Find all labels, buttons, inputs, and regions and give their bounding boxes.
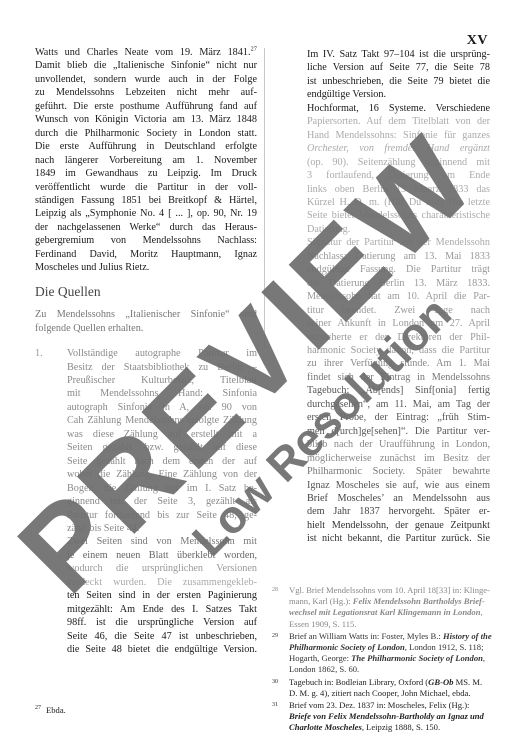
text-line: endgültige Fassung. Die Partitur trägt [307, 263, 490, 276]
footnote-text: Tagebuch in: Bodleian Library, Oxford ( [289, 677, 428, 687]
text-line: Moscheles und Julius Rietz. [35, 261, 257, 274]
text-line: mitgezählt: Am Ende des I. Satzes Takt [67, 603, 257, 616]
text-line: Die erste Aufführung in Deutschland erfo… [35, 140, 257, 153]
text-line: Ignaz Moscheles sie auf, wie aus einem [307, 479, 490, 492]
text-line: autograph Sinfonia in A, op. 90 von [67, 401, 257, 414]
text-line: verdeckt wurden. Die zusammengekleb- [67, 576, 257, 589]
text-line: links oben Berlin 13 Maerz 1833 das [307, 183, 490, 196]
text-line: was diese Zählung auf erstellt mit a [67, 428, 257, 441]
text-line: ist nicht bekannt, die Partitur zurück. … [307, 532, 490, 545]
text-line: durch die Philharmonic Society in London… [35, 127, 257, 140]
text-line: Orchester, von fremder Hand ergänzt [307, 142, 490, 155]
footnote-31: 31 Brief vom 23. Dez. 1837 in: Moscheles… [270, 700, 492, 734]
text-line: Brief Moscheles’ an Mendelssohn aus [307, 492, 490, 505]
text-line: Seiten gezählt, bzw. gezählt auf diese [67, 441, 257, 454]
footnote-number: 30 [272, 677, 278, 688]
text-line: harmonic Society davon, dass die Partitu… [307, 344, 490, 357]
column-divider [264, 48, 265, 348]
text-line: Nachlass: Datierung am 13. Mai 1833 [307, 250, 490, 263]
footnote-number: 31 [272, 700, 278, 711]
text-line: Damit blieb die „Italienische Sinfonie“ … [35, 59, 257, 72]
text-line: zu ihrer Verfügung stünde. Am 1. Mai [307, 357, 490, 370]
footnote-text: Ebda. [46, 705, 66, 715]
text-line: ten Seiten sind in der ersten Paginierun… [67, 589, 257, 602]
text-line: Ferdinand David, Moritz Hauptmann, Ignaz [35, 248, 257, 261]
text-line: Hand Mendelssohns: Sinfonie für ganzes [307, 129, 490, 142]
text-line: unvollendet, sondern wurde auch in der F… [35, 73, 257, 86]
text-line: hielt Mendelssohn, der genaue Zeitpunkt [307, 519, 490, 532]
text-line: Zu Mendelssohns „Italienischer Sinfonie“… [35, 308, 257, 321]
page-number: XV [467, 33, 488, 49]
footnote-number: 27 [35, 705, 41, 711]
text-line: endgültige Version. [307, 88, 490, 101]
text-line: gebergremium von Mendelssohns Nachlass: [35, 234, 257, 247]
text-line: findet sich der Eintrag in Mendelssohns [307, 371, 490, 384]
text-line: Bogen, die Zählung nur im I. Satz be- [67, 482, 257, 495]
text-line: blieb nach der Uraufführung in London, [307, 438, 490, 451]
text-line: wodurch die ursprünglichen Versionen [67, 562, 257, 575]
text-line: wobei die Zählung. Eine Zählung von der [67, 468, 257, 481]
text-line: Leipzig als „Symphonie No. 4 [ ... ], op… [35, 207, 257, 220]
footnote-29: 29 Brief an William Watts in: Foster, My… [270, 631, 492, 676]
text-line: Papiersorten. Auf dem Titelblatt von der [307, 115, 490, 128]
text-line: zu Mendelssohns Lebzeiten nicht mehr auf… [35, 86, 257, 99]
text-line: möglicherweise zunächst im Besitz der [307, 452, 490, 465]
text-line: Signatur der Partitur aus der Mendelssoh… [307, 236, 490, 249]
paragraph-history: Watts und Charles Neate vom 19. März 184… [35, 46, 257, 275]
footnote-title: The Philharmonic Society of London [351, 653, 483, 663]
text-line: Vollständige autographe Partitur im [67, 347, 257, 360]
text-line: Seite gezählt nach dem ersten der auf [67, 455, 257, 468]
list-number: 1. [35, 347, 43, 360]
text-line: (op. 90). Seitenzählung beginnend mit [307, 156, 490, 169]
document-page: XV Watts und Charles Neate vom 19. März … [0, 0, 530, 750]
footnote-text: , Leipzig 1888, S. 150. [362, 722, 440, 732]
footnote-27: 27Ebda. [35, 705, 66, 715]
text-line: folgende Quellen erhalten. [35, 322, 257, 335]
text-line: ersten Probe, der Eintrag: „früh Stim- [307, 411, 490, 424]
text-line: geführt. Die erste posthume Aufführung f… [35, 100, 257, 113]
section-heading: Die Quellen [35, 285, 257, 298]
text-line: Cah Zählung Mendelssohns erfolgte Zählun… [67, 414, 257, 427]
text-line: Partitur fortlaufend bis zur Seite 48, g… [67, 509, 257, 522]
footnotes: 28 Vgl. Brief Mendelssohns vom 10. April… [270, 585, 492, 735]
text-line: seiner Ankunft in London am 27. April [307, 317, 490, 330]
footnote-28: 28 Vgl. Brief Mendelssohns vom 10. April… [270, 585, 492, 630]
text-line: ginnend mit der Seite 3, gezählt als [67, 495, 257, 508]
text-line: die Datierung Berlin 13. März 1833. [307, 277, 490, 290]
text-line: veröffentlicht wurde die Partitur in der… [35, 181, 257, 194]
text-line: ist unbeschrieben, die Seite 79 bietet d… [307, 75, 490, 88]
footnote-text: Brief vom 23. Dez. 1837 in: Moscheles, F… [289, 700, 469, 710]
footnote-number: 28 [272, 585, 278, 596]
text-line: Im IV. Satz Takt 97–104 ist die ursprüng… [307, 48, 490, 61]
text-line: Seite bietet Mendelssohns charakteristis… [307, 209, 490, 222]
text-line: Wunsch von Königin Victoria am 13. März … [35, 113, 257, 126]
text-line: Preußischer Kulturbesitz, Titelblatt [67, 374, 257, 387]
text-line: Mendelssohn hat am 10. April die Par- [307, 290, 490, 303]
text-line: der nachgelassenen Werke“ durch das Hera… [35, 221, 257, 234]
footnote-title: GB-Ob [428, 677, 453, 687]
text-line: mit Mendelssohns Hand: Sinfonia [67, 387, 257, 400]
text-line: 1849 im Gewandhaus zu Leipzig. Im Druck [35, 167, 257, 180]
sources-intro: Zu Mendelssohns „Italienischer Sinfonie“… [35, 308, 257, 335]
text-line: titur beendet. Zwei Tage nach [307, 304, 490, 317]
text-line: Datierung. [307, 223, 490, 236]
text-line: Hochformat, 16 Systeme. Verschiedene [307, 102, 490, 115]
text-line: 98ff. ist die ursprüngliche Version auf [67, 616, 257, 629]
text-line: versicherte er den Direktoren der Phil- [307, 331, 490, 344]
footnote-30: 30 Tagebuch in: Bodleian Library, Oxford… [270, 677, 492, 699]
text-line: je einem neuen Blatt überklebt worden, [67, 549, 257, 562]
text-line: nach längerer Vorbereitung am 1. Novembe… [35, 154, 257, 167]
text-line: zählt bis Seite 44. [67, 522, 257, 535]
text-line: ständigen Fassung 1851 bei Breitkopf & H… [35, 194, 257, 207]
text-line: Besitz der Staatsbibliothek zu Berlin – [67, 361, 257, 374]
text-line: men d[urch]ge[sehen]“. Die Partitur ver- [307, 425, 490, 438]
source-list-item: 1. Vollständige autographe Partitur im B… [35, 347, 257, 656]
footnote-ref[interactable]: 27 [251, 46, 258, 53]
text-line: Watts und Charles Neate vom 19. März 184… [35, 46, 257, 59]
footnote-number: 29 [272, 631, 278, 642]
text-line: 3 fortlaufend, Datierung am Ende [307, 169, 490, 182]
text-line: die Seite 48 bietet die endgültige Versi… [67, 643, 257, 656]
text-line: Kürzel H. D. m. (Hilf Du mir) Die letzte [307, 196, 490, 209]
text-line: Philharmonic Society. Später bewahrte [307, 465, 490, 478]
text-line: Seite 46, die Seite 47 ist unbeschrieben… [67, 630, 257, 643]
right-column: Im IV. Satz Takt 97–104 ist die ursprüng… [307, 48, 490, 546]
text-line: dem Jahr 1837 hervorgeht. Später er- [307, 505, 490, 518]
text-line: durchgesehen“, am 11. Mai, am Tag der [307, 398, 490, 411]
text-line: liche Version auf Seite 77, die Seite 78 [307, 61, 490, 74]
text-line: Zwei Seiten sind von Mendelssohn mit [67, 535, 257, 548]
footnote-text: Brief an William Watts in: Foster, Myles… [289, 631, 443, 641]
text-line: Tagebuch: „Ab[ends] Sinf[onia] fertig [307, 384, 490, 397]
left-column: Watts und Charles Neate vom 19. März 184… [35, 46, 257, 656]
